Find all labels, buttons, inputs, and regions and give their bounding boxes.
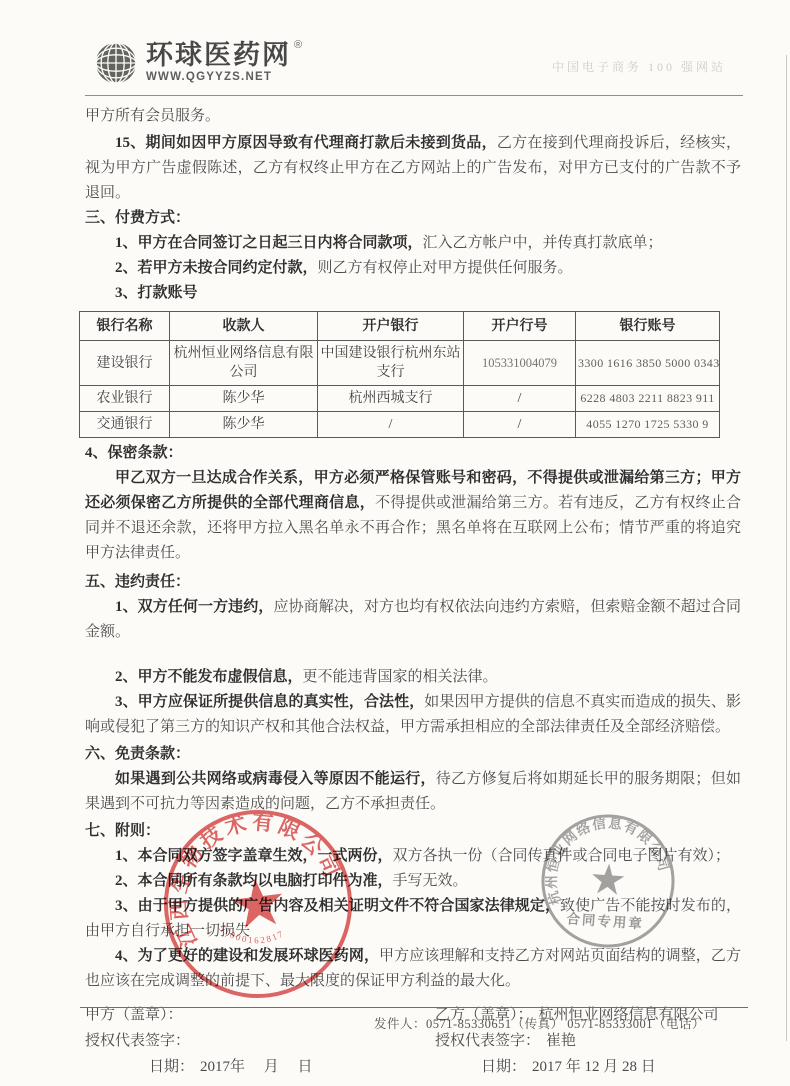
party-b-date-value: 2017 年 12 月 28 日 [532, 1059, 656, 1075]
scan-edge-artifact [786, 55, 787, 1041]
party-b-seal-bottom-text: 合同专用章 [566, 910, 644, 931]
party-a-date-value: 2017年 月 日 [200, 1059, 313, 1075]
section-title-payment: 三、付费方式： [85, 206, 741, 231]
payment-item-2: 2、若甲方未按合同约定付款，则乙方有权停止对甲方提供任何服务。 [85, 256, 741, 281]
footer-contact-line: 发件人：0571-85330651（传真） 0571-85333001（电话） [374, 1014, 705, 1032]
breach-item-2: 2、甲方不能发布虚假信息，更不能违背国家的相关法律。 [85, 665, 741, 690]
col-header-account-number: 银行账号 [576, 312, 720, 341]
breach-item-3: 3、甲方应保证所提供信息的真实性，合法性，如果因甲方提供的信息不真实而造成的损失… [85, 690, 741, 740]
table-row: 交通银行 陈少华 / / 4055 1270 1725 5330 9 [80, 412, 720, 438]
breach-item-1: 1、双方任何一方违约，应协商解决，对方也均有权依法向违约方索赔，但索赔金额不超过… [85, 595, 741, 645]
bank-account-table: 银行名称 收款人 开户银行 开户行号 银行账号 建设银行 杭州恒业网络信息有限公… [79, 311, 720, 438]
site-logo: 环球医药网 ® WWW.QGYYZS.NET [93, 40, 302, 86]
party-b-sign-value: 崔艳 [546, 1033, 576, 1049]
header-divider [85, 95, 743, 96]
party-a-sign-label: 授权代表签字： [85, 1033, 190, 1049]
brand-name: 环球医药网 [146, 42, 291, 69]
brand-url: WWW.QGYYZS.NET [146, 72, 302, 84]
col-header-payee: 收款人 [170, 312, 318, 341]
header-tagline: 中国电子商务 100 强网站 [552, 58, 726, 75]
confidentiality-paragraph: 甲乙双方一旦达成合作关系，甲方必须严格保管账号和密码，不得提供或泄漏给第三方；甲… [85, 466, 741, 566]
party-a-red-seal-stamp: 江西生物技术有限公司 ★ 51000162817 [149, 795, 367, 1013]
globe-icon [93, 40, 139, 86]
payment-item-3: 3、打款账号 [85, 281, 741, 306]
party-b-date-label: 日期： [481, 1059, 526, 1075]
col-header-bank-code: 开户行号 [464, 312, 576, 341]
registered-mark: ® [294, 40, 302, 51]
party-b-contract-seal-stamp: 杭州恒业网络信息有限公司 ★ 合同专用章 [532, 805, 684, 957]
brand-text: 环球医药网 ® WWW.QGYYZS.NET [146, 42, 302, 84]
party-b-seal-star-icon: ★ [588, 857, 629, 906]
footer-divider [80, 1007, 748, 1008]
party-b-sign-label: 授权代表签字： [435, 1033, 540, 1049]
section-title-confidentiality: 4、保密条款： [85, 441, 741, 466]
exemption-paragraph: 如果遇到公共网络或病毒侵入等原因不能运行，待乙方修复后将如期延长甲的服务期限；但… [85, 767, 741, 817]
party-a-seal-label: 甲方（盖章）： [85, 1007, 183, 1023]
col-header-bank-name: 银行名称 [80, 312, 170, 341]
table-row: 建设银行 杭州恒业网络信息有限公司 中国建设银行杭州东站支行 105331004… [80, 341, 720, 386]
table-row: 农业银行 陈少华 杭州西城支行 / 6228 4803 2211 8823 91… [80, 386, 720, 412]
clause-15: 15、期间如因甲方原因导致有代理商打款后未接到货品，乙方在接到代理商投诉后，经核… [85, 131, 741, 206]
section-title-exemption: 六、免责条款： [85, 742, 741, 767]
table-header-row: 银行名称 收款人 开户银行 开户行号 银行账号 [80, 312, 720, 341]
payment-item-1: 1、甲方在合同签订之日起三日内将合同款项，汇入乙方帐户中，并传真打款底单； [85, 231, 741, 256]
paragraph-member-services: 甲方所有会员服务。 [85, 104, 741, 129]
party-a-date-label: 日期： [149, 1059, 194, 1075]
col-header-opening-bank: 开户银行 [318, 312, 464, 341]
contract-scan-page: 环球医药网 ® WWW.QGYYZS.NET 中国电子商务 100 强网站 甲方… [0, 0, 790, 1086]
section-title-breach: 五、违约责任： [85, 570, 741, 595]
